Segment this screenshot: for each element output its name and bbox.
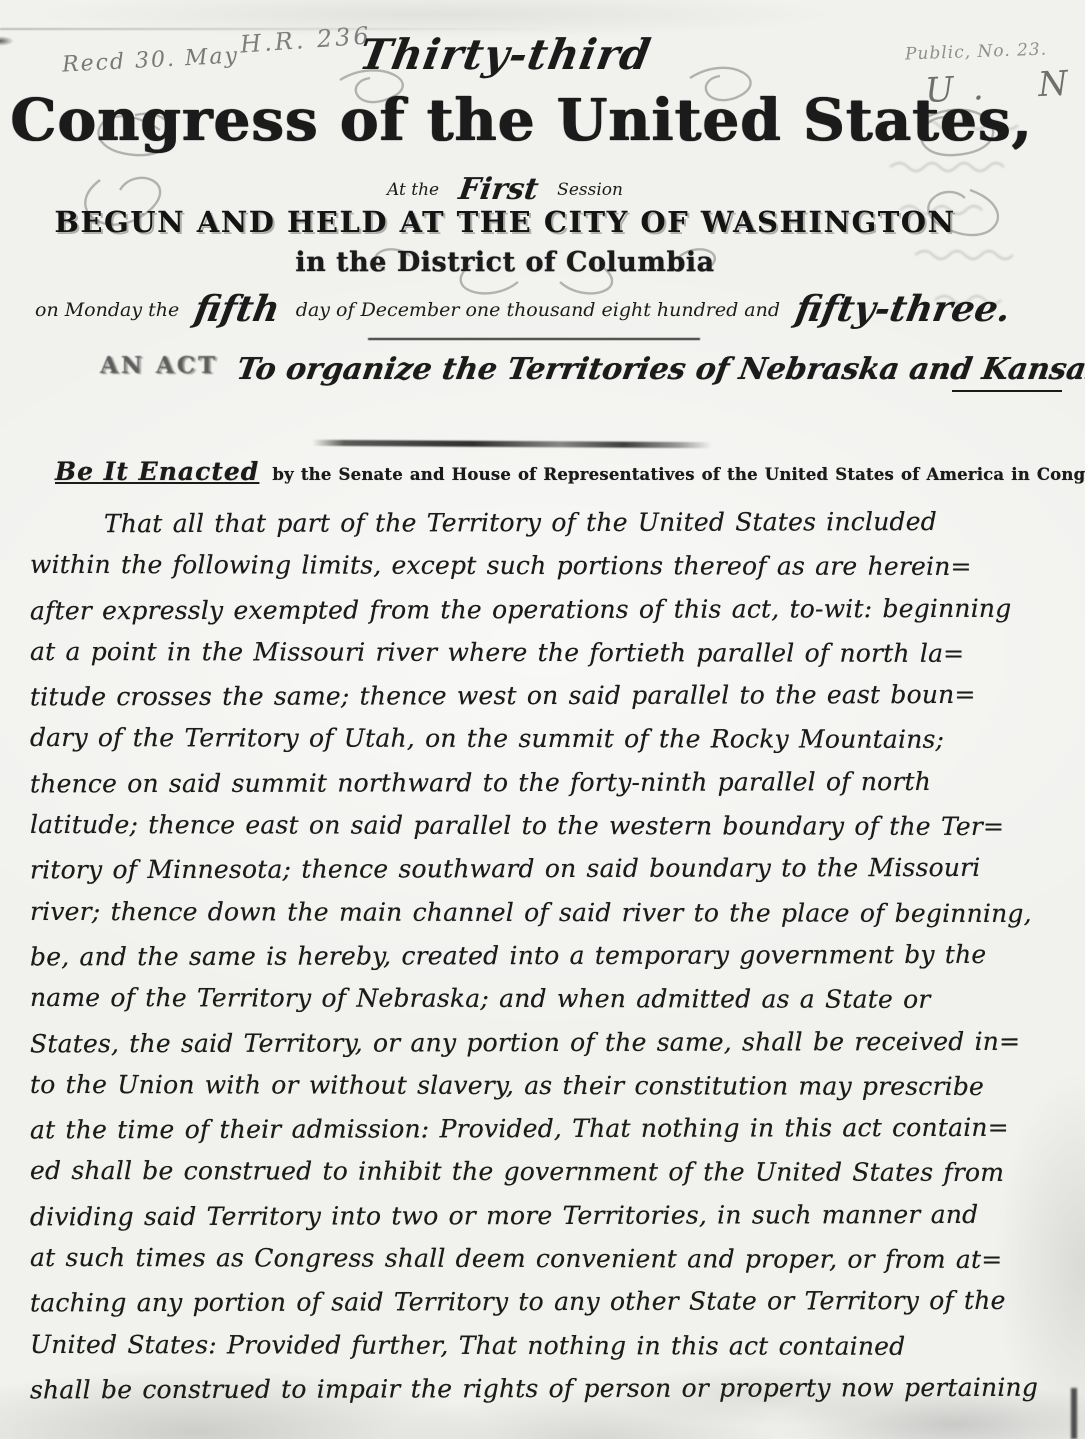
body-line: name of the Territory of Nebraska; and w… [30,976,1060,1021]
body-line: to the Union with or without slavery, as… [30,1063,1060,1108]
body-line: taching any portion of said Territory to… [30,1279,1060,1325]
body-line: be, and the same is hereby, created into… [30,933,1060,979]
session-number-text: First [456,172,540,207]
session-date-line: on Monday the fifth day of December one … [35,288,1045,330]
act-title-underline [952,390,1062,392]
date-divider-rule [368,338,700,340]
session-line: At the First Session [10,172,1000,207]
body-line: at a point in the Missouri river where t… [30,630,1060,675]
district-of-columbia-heading: in the District of Columbia [10,247,1000,278]
body-line: States, the said Territory, or any porti… [30,1019,1060,1065]
body-line: dividing said Territory into two or more… [30,1192,1060,1238]
scan-streak [1071,1388,1077,1439]
body-line: That all that part of the Territory of t… [30,500,1060,546]
ink-smudge-rule [312,440,712,448]
body-line: shall be construed to impair the rights … [30,1366,1060,1412]
date-pre-text: on Monday the [35,299,179,321]
act-heading: AN ACT To organize the Territories of Ne… [100,352,1085,387]
body-line: latitude; thence east on said parallel t… [30,803,1060,848]
body-line: dary of the Territory of Utah, on the su… [30,716,1060,761]
body-line: titude crosses the same; thence west on … [30,673,1060,719]
date-day-text: fifth [192,288,284,330]
congress-ordinal-text: Thirty-third [355,30,654,79]
date-mid-text: day of December one thousand eight hundr… [296,299,780,321]
date-year-text: fifty-three. [792,288,1014,330]
body-line: ritory of Minnesota; thence southward on… [30,846,1060,892]
enacting-clause-lead: Be It Enacted [55,457,259,486]
body-line: ed shall be construed to inhibit the gov… [30,1149,1060,1194]
enacting-clause-rest: by the Senate and House of Representativ… [272,465,1085,484]
body-line: within the following limits, except such… [30,543,1060,588]
session-post-text: Session [557,180,623,200]
an-act-label: AN ACT [100,352,218,379]
begun-and-held-heading: BEGUN AND HELD AT THE CITY OF WASHINGTON [10,205,1000,239]
congress-title-heading: Congress of the United States, [10,86,1000,154]
body-line: at the time of their admission: Provided… [30,1106,1060,1152]
body-line: after expressly exempted from the operat… [30,586,1060,632]
manuscript-body: That all that part of the Territory of t… [30,501,1060,1410]
body-line: United States: Provided further, That no… [30,1323,1060,1368]
body-line: at such times as Congress shall deem con… [30,1236,1060,1281]
body-line: thence on said summit northward to the f… [30,759,1060,805]
act-title-text: To organize the Territories of Nebraska … [234,352,1085,387]
body-line: river; thence down the main channel of s… [30,890,1060,935]
enacting-clause: Be It Enacted by the Senate and House of… [55,457,1055,486]
congress-ordinal-heading: Thirty-third [10,30,1000,79]
document-page: H.R. 236 Recd 30. May Public, No. 23. U.… [0,0,1085,1439]
session-pre-text: At the [387,180,439,200]
